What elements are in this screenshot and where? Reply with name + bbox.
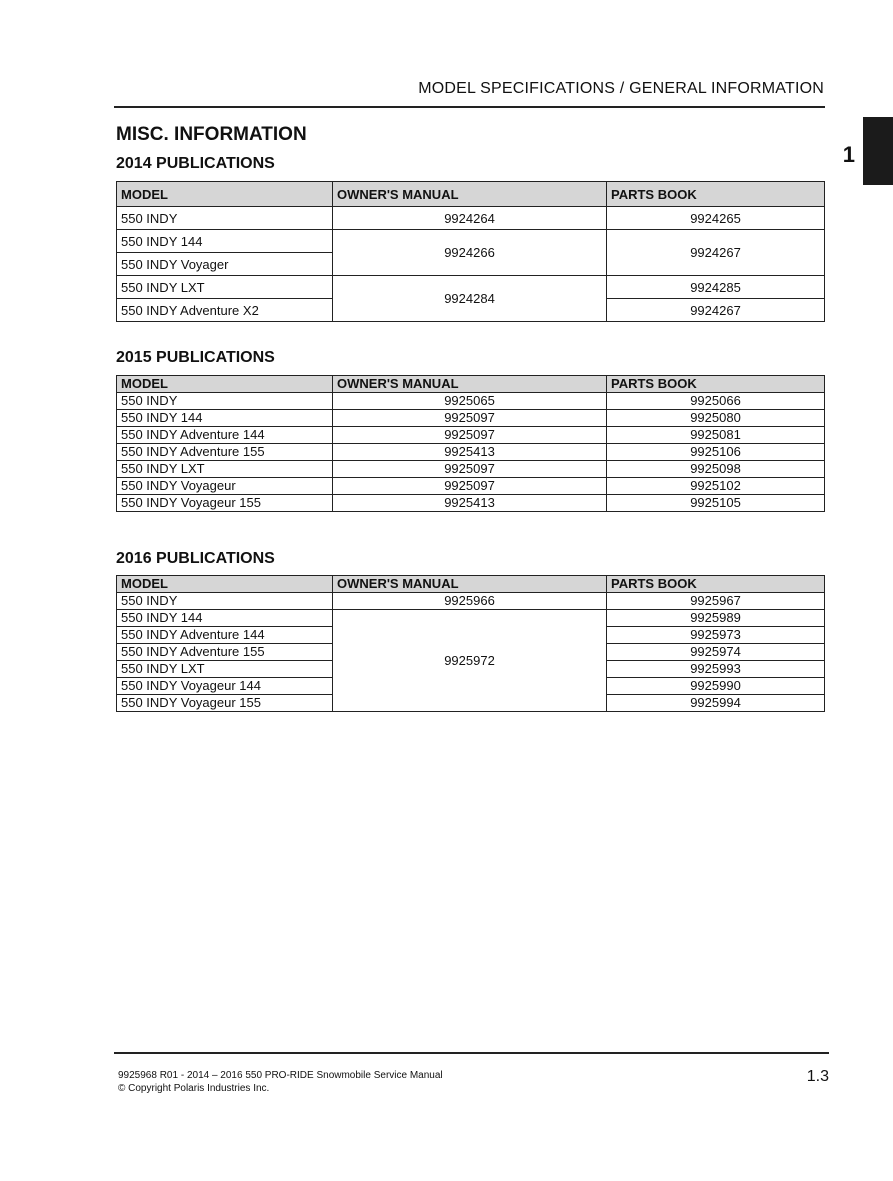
- footer-copyright: © Copyright Polaris Industries Inc.: [118, 1083, 269, 1094]
- table-header-row: MODEL OWNER'S MANUAL PARTS BOOK: [117, 376, 825, 393]
- model-cell: 550 INDY Adventure 155: [117, 644, 333, 661]
- parts-book-cell: 9924267: [607, 299, 825, 322]
- parts-book-cell: 9925066: [607, 393, 825, 410]
- owners-manual-cell: 9925972: [333, 610, 607, 712]
- parts-book-cell: 9925973: [607, 627, 825, 644]
- page-number: 1.3: [807, 1068, 829, 1086]
- column-header-owners-manual: OWNER'S MANUAL: [333, 376, 607, 393]
- parts-book-cell: 9925081: [607, 427, 825, 444]
- table-row: 550 INDY Voyageur99250979925102: [117, 478, 825, 495]
- section-title-2014: 2014 PUBLICATIONS: [116, 155, 275, 173]
- column-header-parts-book: PARTS BOOK: [607, 182, 825, 207]
- chapter-tab-number: 1: [843, 142, 855, 168]
- model-cell: 550 INDY 144: [117, 230, 333, 253]
- parts-book-cell: 9925989: [607, 610, 825, 627]
- publications-table-2014: MODEL OWNER'S MANUAL PARTS BOOK 550 INDY…: [116, 181, 825, 322]
- table-row: 550 INDY Voyageur 15599254139925105: [117, 495, 825, 512]
- parts-book-cell: 9925993: [607, 661, 825, 678]
- model-cell: 550 INDY Voyageur 144: [117, 678, 333, 695]
- owners-manual-cell: 9924266: [333, 230, 607, 276]
- page-title: MISC. INFORMATION: [116, 124, 307, 146]
- owners-manual-cell: 9925065: [333, 393, 607, 410]
- model-cell: 550 INDY Adventure 144: [117, 427, 333, 444]
- model-cell: 550 INDY Adventure X2: [117, 299, 333, 322]
- parts-book-cell: 9924265: [607, 207, 825, 230]
- owners-manual-cell: 9924264: [333, 207, 607, 230]
- column-header-model: MODEL: [117, 182, 333, 207]
- table-row: 550 INDY Adventure 14499250979925081: [117, 427, 825, 444]
- model-cell: 550 INDY Voyageur: [117, 478, 333, 495]
- model-cell: 550 INDY Adventure 144: [117, 627, 333, 644]
- owners-manual-cell: 9925413: [333, 444, 607, 461]
- owners-manual-cell: 9925097: [333, 427, 607, 444]
- model-cell: 550 INDY Voyageur 155: [117, 495, 333, 512]
- column-header-model: MODEL: [117, 576, 333, 593]
- model-cell: 550 INDY LXT: [117, 661, 333, 678]
- model-cell: 550 INDY LXT: [117, 461, 333, 478]
- model-cell: 550 INDY 144: [117, 410, 333, 427]
- running-header: MODEL SPECIFICATIONS / GENERAL INFORMATI…: [418, 80, 824, 98]
- model-cell: 550 INDY: [117, 207, 333, 230]
- parts-book-cell: 9925990: [607, 678, 825, 695]
- footer-manual-title: 9925968 R01 - 2014 – 2016 550 PRO-RIDE S…: [118, 1070, 443, 1081]
- parts-book-cell: 9925080: [607, 410, 825, 427]
- parts-book-cell: 9925974: [607, 644, 825, 661]
- parts-book-cell: 9925967: [607, 593, 825, 610]
- header-rule: [114, 106, 825, 108]
- owners-manual-cell: 9925097: [333, 478, 607, 495]
- table-row: 550 INDY 14499259729925989: [117, 610, 825, 627]
- table-row: 550 INDY 9924264 9924265: [117, 207, 825, 230]
- model-cell: 550 INDY: [117, 393, 333, 410]
- parts-book-cell: 9925105: [607, 495, 825, 512]
- parts-book-cell: 9925106: [607, 444, 825, 461]
- owners-manual-cell: 9924284: [333, 276, 607, 322]
- parts-book-cell: 9924267: [607, 230, 825, 276]
- table-row: 550 INDY99259669925967: [117, 593, 825, 610]
- model-cell: 550 INDY 144: [117, 610, 333, 627]
- table-row: 550 INDY Adventure 15599254139925106: [117, 444, 825, 461]
- publications-table-2016: MODEL OWNER'S MANUAL PARTS BOOK 550 INDY…: [116, 575, 825, 712]
- owners-manual-cell: 9925097: [333, 410, 607, 427]
- publications-table-2015: MODEL OWNER'S MANUAL PARTS BOOK 550 INDY…: [116, 375, 825, 512]
- owners-manual-cell: 9925413: [333, 495, 607, 512]
- column-header-model: MODEL: [117, 376, 333, 393]
- section-title-2015: 2015 PUBLICATIONS: [116, 349, 275, 367]
- model-cell: 550 INDY Adventure 155: [117, 444, 333, 461]
- footer-rule: [114, 1052, 829, 1054]
- section-title-2016: 2016 PUBLICATIONS: [116, 550, 275, 568]
- model-cell: 550 INDY LXT: [117, 276, 333, 299]
- chapter-tab-marker: [863, 117, 893, 185]
- column-header-parts-book: PARTS BOOK: [607, 576, 825, 593]
- parts-book-cell: 9925994: [607, 695, 825, 712]
- column-header-owners-manual: OWNER'S MANUAL: [333, 576, 607, 593]
- model-cell: 550 INDY: [117, 593, 333, 610]
- table-header-row: MODEL OWNER'S MANUAL PARTS BOOK: [117, 182, 825, 207]
- table-row: 550 INDY99250659925066: [117, 393, 825, 410]
- table-row: 550 INDY LXT99250979925098: [117, 461, 825, 478]
- table-header-row: MODEL OWNER'S MANUAL PARTS BOOK: [117, 576, 825, 593]
- table-row: 550 INDY 14499250979925080: [117, 410, 825, 427]
- owners-manual-cell: 9925097: [333, 461, 607, 478]
- table-row: 550 INDY 144 9924266 9924267: [117, 230, 825, 253]
- parts-book-cell: 9925098: [607, 461, 825, 478]
- column-header-owners-manual: OWNER'S MANUAL: [333, 182, 607, 207]
- model-cell: 550 INDY Voyager: [117, 253, 333, 276]
- parts-book-cell: 9925102: [607, 478, 825, 495]
- parts-book-cell: 9924285: [607, 276, 825, 299]
- column-header-parts-book: PARTS BOOK: [607, 376, 825, 393]
- model-cell: 550 INDY Voyageur 155: [117, 695, 333, 712]
- table-row: 550 INDY LXT 9924284 9924285: [117, 276, 825, 299]
- owners-manual-cell: 9925966: [333, 593, 607, 610]
